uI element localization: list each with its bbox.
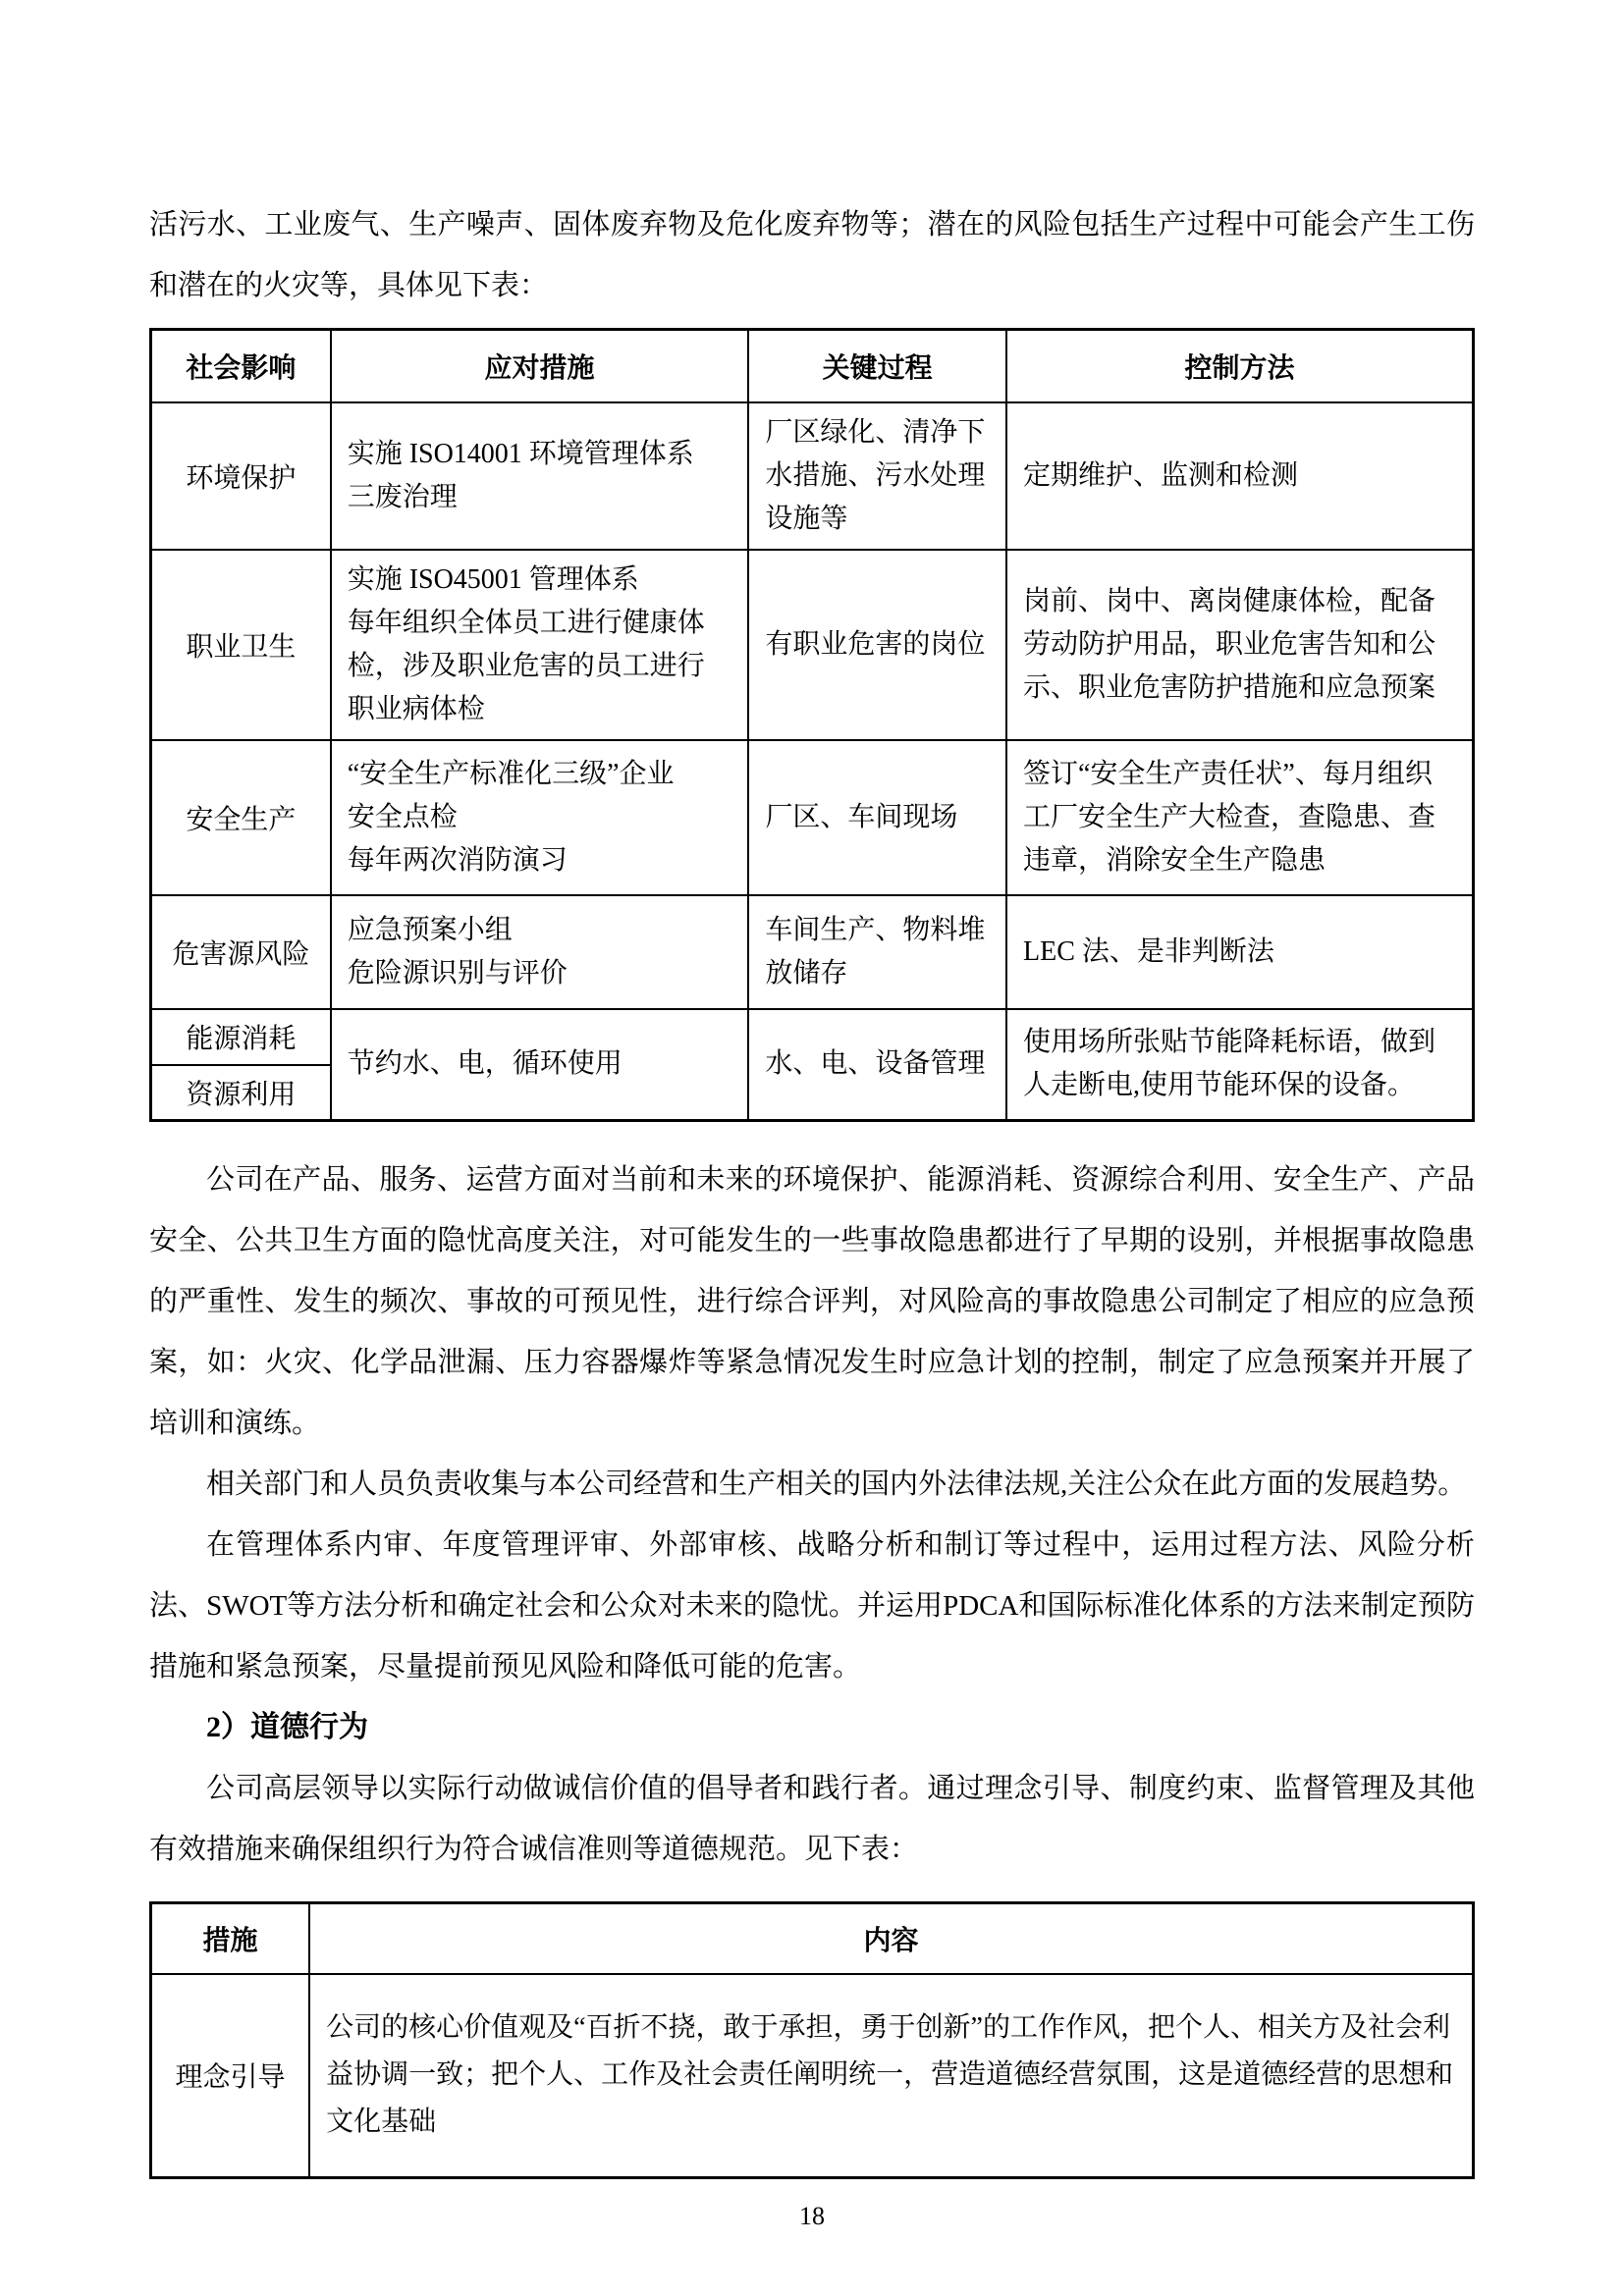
table-row: 理念引导 公司的核心价值观及“百折不挠，敢于承担，勇于创新”的工作作风，把个人、… — [151, 1974, 1474, 2178]
cell-control: 定期维护、监测和检测 — [1006, 402, 1474, 550]
column-header-key-process: 关键过程 — [748, 330, 1006, 402]
risk-concern-paragraph: 公司在产品、服务、运营方面对当前和未来的环境保护、能源消耗、资源综合利用、安全生… — [149, 1149, 1475, 1454]
cell-impact: 安全生产 — [151, 740, 331, 895]
cell-measures: “安全生产标准化三级”企业 安全点检 每年两次消防演习 — [331, 740, 749, 895]
cell-process: 有职业危害的岗位 — [748, 550, 1006, 740]
cell-impact: 职业卫生 — [151, 550, 331, 740]
table-row: 职业卫生 实施 ISO45001 管理体系 每年组织全体员工进行健康体检，涉及职… — [151, 550, 1474, 740]
column-header-control-method: 控制方法 — [1006, 330, 1474, 402]
page-number: 18 — [0, 2202, 1624, 2231]
cell-impact: 危害源风险 — [151, 895, 331, 1009]
cell-measures: 实施 ISO45001 管理体系 每年组织全体员工进行健康体检，涉及职业危害的员… — [331, 550, 749, 740]
table-row: 能源消耗 节约水、电，循环使用 水、电、设备管理 使用场所张贴节能降耗标语，做到… — [151, 1009, 1474, 1065]
cell-control: 签订“安全生产责任状”、每月组织工厂安全生产大检查，查隐患、查违章，消除安全生产… — [1006, 740, 1474, 895]
cell-process: 水、电、设备管理 — [748, 1009, 1006, 1121]
cell-impact-energy: 能源消耗 — [151, 1009, 331, 1065]
cell-impact-resource: 资源利用 — [151, 1065, 331, 1121]
cell-process: 厂区、车间现场 — [748, 740, 1006, 895]
column-header-social-impact: 社会影响 — [151, 330, 331, 402]
table-row: 环境保护 实施 ISO14001 环境管理体系 三废治理 厂区绿化、清净下水措施… — [151, 402, 1474, 550]
cell-control: 使用场所张贴节能降耗标语，做到人走断电,使用节能环保的设备。 — [1006, 1009, 1474, 1121]
cell-process: 车间生产、物料堆放储存 — [748, 895, 1006, 1009]
cell-measures: 应急预案小组 危险源识别与评价 — [331, 895, 749, 1009]
regulation-paragraph: 相关部门和人员负责收集与本公司经营和生产相关的国内外法律法规,关注公众在此方面的… — [149, 1454, 1475, 1515]
ethics-measures-table: 措施 内容 理念引导 公司的核心价值观及“百折不挠，敢于承担，勇于创新”的工作作… — [149, 1901, 1475, 2179]
cell-measure: 理念引导 — [151, 1974, 310, 2178]
cell-impact: 环境保护 — [151, 402, 331, 550]
ethics-section-heading: 2）道德行为 — [149, 1697, 1475, 1758]
cell-process: 厂区绿化、清净下水措施、污水处理设施等 — [748, 402, 1006, 550]
ethics-intro-paragraph: 公司高层领导以实际行动做诚信价值的倡导者和践行者。通过理念引导、制度约束、监督管… — [149, 1758, 1475, 1880]
table-header-row: 措施 内容 — [151, 1903, 1474, 1974]
cell-measures: 节约水、电，循环使用 — [331, 1009, 749, 1121]
management-system-paragraph: 在管理体系内审、年度管理评审、外部审核、战略分析和制订等过程中，运用过程方法、风… — [149, 1515, 1475, 1697]
table-row: 危害源风险 应急预案小组 危险源识别与评价 车间生产、物料堆放储存 LEC 法、… — [151, 895, 1474, 1009]
social-impact-table: 社会影响 应对措施 关键过程 控制方法 环境保护 实施 ISO14001 环境管… — [149, 328, 1475, 1122]
cell-measures: 实施 ISO14001 环境管理体系 三废治理 — [331, 402, 749, 550]
cell-control: 岗前、岗中、离岗健康体检，配备劳动防护用品，职业危害告知和公示、职业危害防护措施… — [1006, 550, 1474, 740]
column-header-measures: 应对措施 — [331, 330, 749, 402]
column-header-measure: 措施 — [151, 1903, 310, 1974]
column-header-content: 内容 — [309, 1903, 1473, 1974]
cell-content: 公司的核心价值观及“百折不挠，敢于承担，勇于创新”的工作作风，把个人、相关方及社… — [309, 1974, 1473, 2178]
cell-control: LEC 法、是非判断法 — [1006, 895, 1474, 1009]
document-page: 活污水、工业废气、生产噪声、固体废弃物及危化废弃物等；潜在的风险包括生产过程中可… — [0, 0, 1624, 2296]
table-row: 安全生产 “安全生产标准化三级”企业 安全点检 每年两次消防演习 厂区、车间现场… — [151, 740, 1474, 895]
intro-paragraph: 活污水、工业废气、生产噪声、固体废弃物及危化废弃物等；潜在的风险包括生产过程中可… — [149, 194, 1475, 316]
table-header-row: 社会影响 应对措施 关键过程 控制方法 — [151, 330, 1474, 402]
